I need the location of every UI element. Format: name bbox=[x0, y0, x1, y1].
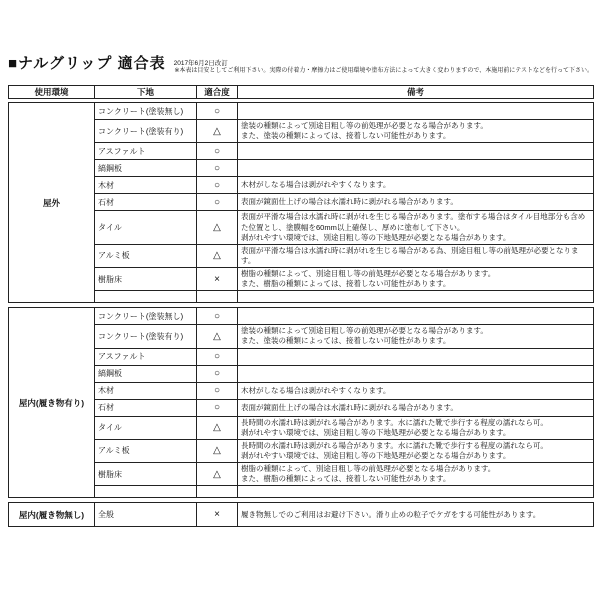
col-header-remarks: 備考 bbox=[238, 86, 594, 99]
remarks-cell: 表面が平滑な場合は水濡れ時に剥がれを生じる場合があります。塗布する場合はタイル目… bbox=[238, 211, 594, 244]
substrate-cell: 木材 bbox=[95, 177, 197, 194]
remarks-cell: 木材がしなる場合は剥がれやすくなります。 bbox=[238, 177, 594, 194]
table-row: 石材○表面が鏡面仕上げの場合は水濡れ時に剥がれる場合があります。 bbox=[9, 399, 594, 416]
substrate-cell: アスファルト bbox=[95, 348, 197, 365]
table-row: 石材○表面が鏡面仕上げの場合は水濡れ時に剥がれる場合があります。 bbox=[9, 194, 594, 211]
substrate-cell: 石材 bbox=[95, 194, 197, 211]
remarks-cell: 長時間の水濡れ時は剥がれる場合があります。水に濡れた靴で歩行する程度の濡れなら可… bbox=[238, 416, 594, 439]
rating-cell: △ bbox=[197, 416, 238, 439]
substrate-cell: 樹脂床 bbox=[95, 268, 197, 291]
table-row: タイル△長時間の水濡れ時は剥がれる場合があります。水に濡れた靴で歩行する程度の濡… bbox=[9, 416, 594, 439]
table-row: 樹脂床×樹脂の種類によって、別途目粗し等の前処理が必要となる場合があります。 ま… bbox=[9, 268, 594, 291]
rating-cell: ○ bbox=[197, 160, 238, 177]
remarks-cell: 樹脂の種類によって、別途目粗し等の前処理が必要となる場合があります。 また、樹脂… bbox=[238, 463, 594, 486]
substrate-cell: 樹脂床 bbox=[95, 463, 197, 486]
substrate-cell: 石材 bbox=[95, 399, 197, 416]
remarks-cell: 塗装の種類によって別途目粗し等の前処理が必要となる場合があります。 また、塗装の… bbox=[238, 325, 594, 348]
section-table: 屋外コンクリート(塗装無し)○コンクリート(塗装有り)△塗装の種類によって別途目… bbox=[8, 102, 594, 303]
rating-cell: × bbox=[197, 503, 238, 527]
substrate-cell: 縞鋼板 bbox=[95, 160, 197, 177]
substrate-cell: アルミ板 bbox=[95, 439, 197, 462]
substrate-cell: アスファルト bbox=[95, 143, 197, 160]
rating-cell: ○ bbox=[197, 194, 238, 211]
document-page: ■ナルグリップ 適合表 2017年6月2日改訂 ※本表は目安としてご利用下さい。… bbox=[0, 0, 600, 527]
remarks-cell: 表面が鏡面仕上げの場合は水濡れ時に剥がれる場合があります。 bbox=[238, 399, 594, 416]
remarks-cell: 履き物無しでのご利用はお避け下さい。滑り止めの粒子でケガをする可能性があります。 bbox=[238, 503, 594, 527]
rating-cell: △ bbox=[197, 244, 238, 267]
table-row: アスファルト○ bbox=[9, 143, 594, 160]
remarks-cell bbox=[238, 160, 594, 177]
rating-cell: × bbox=[197, 268, 238, 291]
remarks-cell: 塗装の種類によって別途目粗し等の前処理が必要となる場合があります。 また、塗装の… bbox=[238, 120, 594, 143]
rating-cell: △ bbox=[197, 463, 238, 486]
substrate-cell-empty bbox=[95, 486, 197, 498]
rating-cell: △ bbox=[197, 439, 238, 462]
table-row: 屋外コンクリート(塗装無し)○ bbox=[9, 103, 594, 120]
substrate-cell: コンクリート(塗装有り) bbox=[95, 325, 197, 348]
col-header-rating: 適合度 bbox=[197, 86, 238, 99]
environment-cell: 屋外 bbox=[9, 103, 95, 303]
title-side: 2017年6月2日改訂 ※本表は目安としてご利用下さい。実際の付着力・摩擦力はご… bbox=[166, 55, 593, 76]
table-row: 樹脂床△樹脂の種類によって、別途目粗し等の前処理が必要となる場合があります。 ま… bbox=[9, 463, 594, 486]
rating-cell: △ bbox=[197, 120, 238, 143]
section-table: 屋内(履き物有り)コンクリート(塗装無し)○コンクリート(塗装有り)△塗装の種類… bbox=[8, 307, 594, 498]
table-row: タイル△表面が平滑な場合は水濡れ時に剥がれを生じる場合があります。塗布する場合は… bbox=[9, 211, 594, 244]
table-row: コンクリート(塗装有り)△塗装の種類によって別途目粗し等の前処理が必要となる場合… bbox=[9, 325, 594, 348]
rating-cell: △ bbox=[197, 325, 238, 348]
rating-cell: ○ bbox=[197, 143, 238, 160]
substrate-cell: コンクリート(塗装有り) bbox=[95, 120, 197, 143]
table-row: アルミ板△表面が平滑な場合は水濡れ時に剥がれを生じる場合がある為、別途目粗し等の… bbox=[9, 244, 594, 267]
disclaimer-note: ※本表は目安としてご利用下さい。実際の付着力・摩擦力はご使用環境や塗布方法によっ… bbox=[166, 68, 593, 76]
table-row: コンクリート(塗装有り)△塗装の種類によって別途目粗し等の前処理が必要となる場合… bbox=[9, 120, 594, 143]
substrate-cell: アルミ板 bbox=[95, 244, 197, 267]
rating-cell: ○ bbox=[197, 177, 238, 194]
rating-cell: ○ bbox=[197, 348, 238, 365]
remarks-cell bbox=[238, 308, 594, 325]
remarks-cell bbox=[238, 143, 594, 160]
table-row: アルミ板△長時間の水濡れ時は剥がれる場合があります。水に濡れた靴で歩行する程度の… bbox=[9, 439, 594, 462]
substrate-cell: コンクリート(塗装無し) bbox=[95, 308, 197, 325]
table-row: 木材○木材がしなる場合は剥がれやすくなります。 bbox=[9, 382, 594, 399]
blank-spacer-row bbox=[9, 486, 594, 498]
remarks-cell: 長時間の水濡れ時は剥がれる場合があります。水に濡れた靴で歩行する程度の濡れなら可… bbox=[238, 439, 594, 462]
substrate-cell: タイル bbox=[95, 416, 197, 439]
substrate-cell: タイル bbox=[95, 211, 197, 244]
section-table: 屋内(履き物無し)全般×履き物無しでのご利用はお避け下さい。滑り止めの粒子でケガ… bbox=[8, 502, 594, 527]
remarks-cell-empty bbox=[238, 486, 594, 498]
table-row: 屋内(履き物無し)全般×履き物無しでのご利用はお避け下さい。滑り止めの粒子でケガ… bbox=[9, 503, 594, 527]
rating-cell: ○ bbox=[197, 365, 238, 382]
substrate-cell-empty bbox=[95, 291, 197, 303]
remarks-cell: 表面が鏡面仕上げの場合は水濡れ時に剥がれる場合があります。 bbox=[238, 194, 594, 211]
remarks-cell: 表面が平滑な場合は水濡れ時に剥がれを生じる場合がある為、別途目粗し等の前処理が必… bbox=[238, 244, 594, 267]
remarks-cell bbox=[238, 365, 594, 382]
substrate-cell: 縞鋼板 bbox=[95, 365, 197, 382]
remarks-cell-empty bbox=[238, 291, 594, 303]
rating-cell-empty bbox=[197, 486, 238, 498]
table-row: 縞鋼板○ bbox=[9, 160, 594, 177]
substrate-cell: 木材 bbox=[95, 382, 197, 399]
rating-cell: ○ bbox=[197, 308, 238, 325]
table-row: アスファルト○ bbox=[9, 348, 594, 365]
environment-cell: 屋内(履き物無し) bbox=[9, 503, 95, 527]
col-header-environment: 使用環境 bbox=[9, 86, 95, 99]
header-row: 使用環境 下地 適合度 備考 bbox=[9, 86, 594, 99]
col-header-substrate: 下地 bbox=[95, 86, 197, 99]
environment-cell: 屋内(履き物有り) bbox=[9, 308, 95, 498]
page-title: ■ナルグリップ 適合表 bbox=[8, 55, 166, 73]
table-header: 使用環境 下地 適合度 備考 bbox=[8, 85, 594, 99]
table-row: 縞鋼板○ bbox=[9, 365, 594, 382]
remarks-cell: 木材がしなる場合は剥がれやすくなります。 bbox=[238, 382, 594, 399]
table-sections: 屋外コンクリート(塗装無し)○コンクリート(塗装有り)△塗装の種類によって別途目… bbox=[8, 102, 600, 527]
remarks-cell: 樹脂の種類によって、別途目粗し等の前処理が必要となる場合があります。 また、樹脂… bbox=[238, 268, 594, 291]
rating-cell: ○ bbox=[197, 103, 238, 120]
substrate-cell: コンクリート(塗装無し) bbox=[95, 103, 197, 120]
rating-cell: ○ bbox=[197, 399, 238, 416]
table-row: 木材○木材がしなる場合は剥がれやすくなります。 bbox=[9, 177, 594, 194]
rating-cell: △ bbox=[197, 211, 238, 244]
title-row: ■ナルグリップ 適合表 2017年6月2日改訂 ※本表は目安としてご利用下さい。… bbox=[8, 55, 593, 76]
remarks-cell bbox=[238, 348, 594, 365]
remarks-cell bbox=[238, 103, 594, 120]
rating-cell-empty bbox=[197, 291, 238, 303]
table-row: 屋内(履き物有り)コンクリート(塗装無し)○ bbox=[9, 308, 594, 325]
rating-cell: ○ bbox=[197, 382, 238, 399]
substrate-cell: 全般 bbox=[95, 503, 197, 527]
blank-spacer-row bbox=[9, 291, 594, 303]
